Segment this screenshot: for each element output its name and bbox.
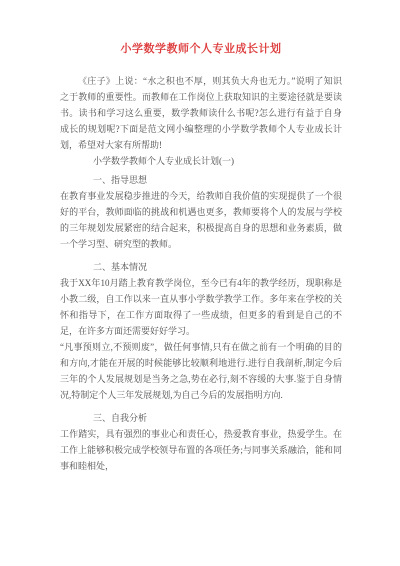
section-paragraph-basic-situation-1: 我于XX年10月踏上教育教学岗位，至今已有4年的教学经历，现职称是小教二级，自工…	[60, 275, 342, 339]
section-paragraph-basic-situation-2: “凡事预则立,不预则废”，做任何事情,只有在做之前有一个明确的目的和方向,才能在…	[60, 339, 342, 403]
section-paragraph-guiding-ideology: 在教育事业发展稳步推进的今天，给教师自我价值的实现提供了一个很好的平台，教师面临…	[60, 188, 342, 252]
section-paragraph-self-analysis: 工作踏实，具有强烈的事业心和责任心，热爱教育事业，热爱学生。在工作上能够积极完成…	[60, 426, 342, 474]
section-heading-self-analysis: 三、自我分析	[60, 410, 342, 426]
intro-paragraph: 《庄子》上说：“水之积也不厚，则其负大舟也无力。”说明了知识之于教师的重要性。而…	[60, 73, 342, 153]
page-title: 小学数学教师个人专业成长计划	[60, 42, 342, 56]
series-subtitle: 小学数学教师个人专业成长计划(一)	[60, 153, 342, 169]
document-page: 小学数学教师个人专业成长计划 《庄子》上说：“水之积也不厚，则其负大舟也无力。”…	[0, 0, 400, 566]
section-heading-basic-situation: 二、基本情况	[60, 259, 342, 275]
section-heading-guiding-ideology: 一、指导思想	[60, 172, 342, 188]
